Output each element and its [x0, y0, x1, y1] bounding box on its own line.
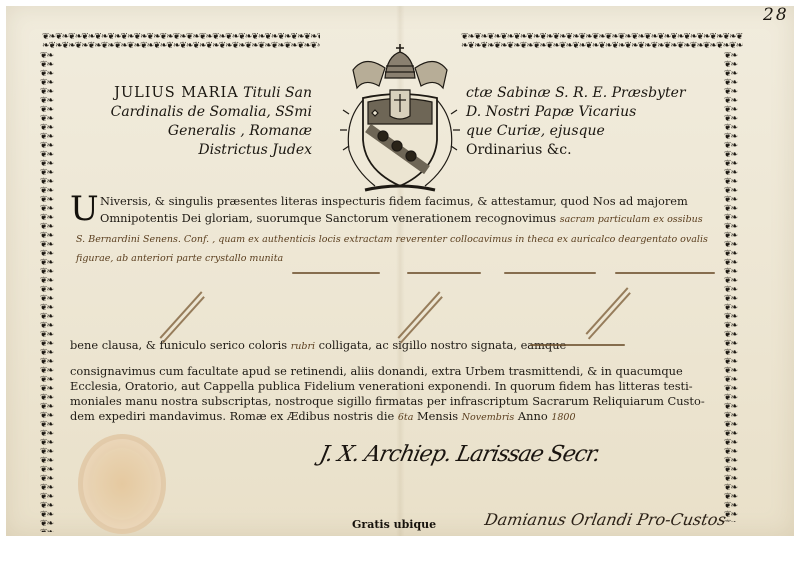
ornamental-border-top-right: ❦❧❦❧❦❧❦❧❦❧❦❧❦❧❦❧❦❧❦❧❦❧❦❧❦❧❦❧❦❧❦❧❦❧❦❧❦❧❦❧…	[461, 33, 743, 52]
cardinal-signature: J. X. Archiep. Larissae Secr.	[317, 442, 602, 467]
embossed-seal	[78, 434, 166, 534]
title-line-1: JULIUS MARIA Tituli San	[68, 84, 312, 103]
body-line-6: consignavimus cum facultate apud se reti…	[70, 364, 683, 378]
body-line-2: Omnipotentis Dei gloriam, suorumque Sanc…	[100, 211, 703, 225]
drop-cap-letter: U	[70, 192, 99, 226]
handwritten-color: rubri	[291, 341, 315, 352]
title-line-2: Cardinalis de Somalia, SSmi	[68, 103, 312, 122]
title-right-line-3: que Curiæ, ejusque	[466, 122, 716, 141]
custodian-signature: Damianus Orlandi Pro-Custos	[483, 510, 727, 529]
gratis-label: Gratis ubique	[352, 518, 436, 531]
title-line-4: Districtus Judex	[68, 141, 312, 160]
title-right-line-1: ctæ Sabinæ S. R. E. Præsbyter	[466, 84, 716, 103]
fill-line	[292, 272, 380, 274]
title-left-block: JULIUS MARIA Tituli San Cardinalis de So…	[68, 84, 312, 160]
ornamental-border-left: ❦❧❦❧❦❧❦❧❦❧❦❧❦❧❦❧❦❧❦❧❦❧❦❧❦❧❦❧❦❧❦❧❦❧❦❧❦❧❦❧…	[40, 52, 56, 532]
fill-line	[407, 272, 481, 274]
page-number: 28	[763, 5, 789, 25]
fill-line	[530, 344, 625, 346]
body-line-8: moniales manu nostra subscriptas, nostro…	[70, 394, 705, 408]
title-right-line-2: D. Nostri Papæ Vicarius	[466, 103, 716, 122]
handwritten-line-4: figurae, ab anteriori parte crystallo mu…	[76, 253, 283, 264]
body-line-7: Ecclesia, Oratorio, aut Cappella publica…	[70, 379, 693, 393]
coat-of-arms-icon	[335, 40, 465, 198]
fill-line	[504, 272, 596, 274]
title-right-block: ctæ Sabinæ S. R. E. Præsbyter D. Nostri …	[466, 84, 716, 160]
handwritten-relic-description: sacram particulam ex ossibus	[560, 214, 703, 225]
body-line-5: bene clausa, & funiculo serico coloris r…	[70, 338, 566, 352]
body-line-1: Niversis, & singulis præsentes literas i…	[100, 194, 688, 208]
ornamental-border-top-left: ❦❧❦❧❦❧❦❧❦❧❦❧❦❧❦❧❦❧❦❧❦❧❦❧❦❧❦❧❦❧❦❧❦❧❦❧❦❧❦❧…	[42, 33, 320, 52]
ornamental-border-right: ❦❧❦❧❦❧❦❧❦❧❦❧❦❧❦❧❦❧❦❧❦❧❦❧❦❧❦❧❦❧❦❧❦❧❦❧❦❧❦❧…	[724, 52, 740, 522]
title-line-3: Generalis , Romanæ	[68, 122, 312, 141]
title-right-line-4: Ordinarius &c.	[466, 141, 716, 160]
body-line-9: dem expediri mandavimus. Romæ ex Ædibus …	[70, 409, 576, 423]
fill-line	[615, 272, 715, 274]
handwritten-line-3: S. Bernardini Senens. Conf. , quam ex au…	[76, 234, 708, 245]
